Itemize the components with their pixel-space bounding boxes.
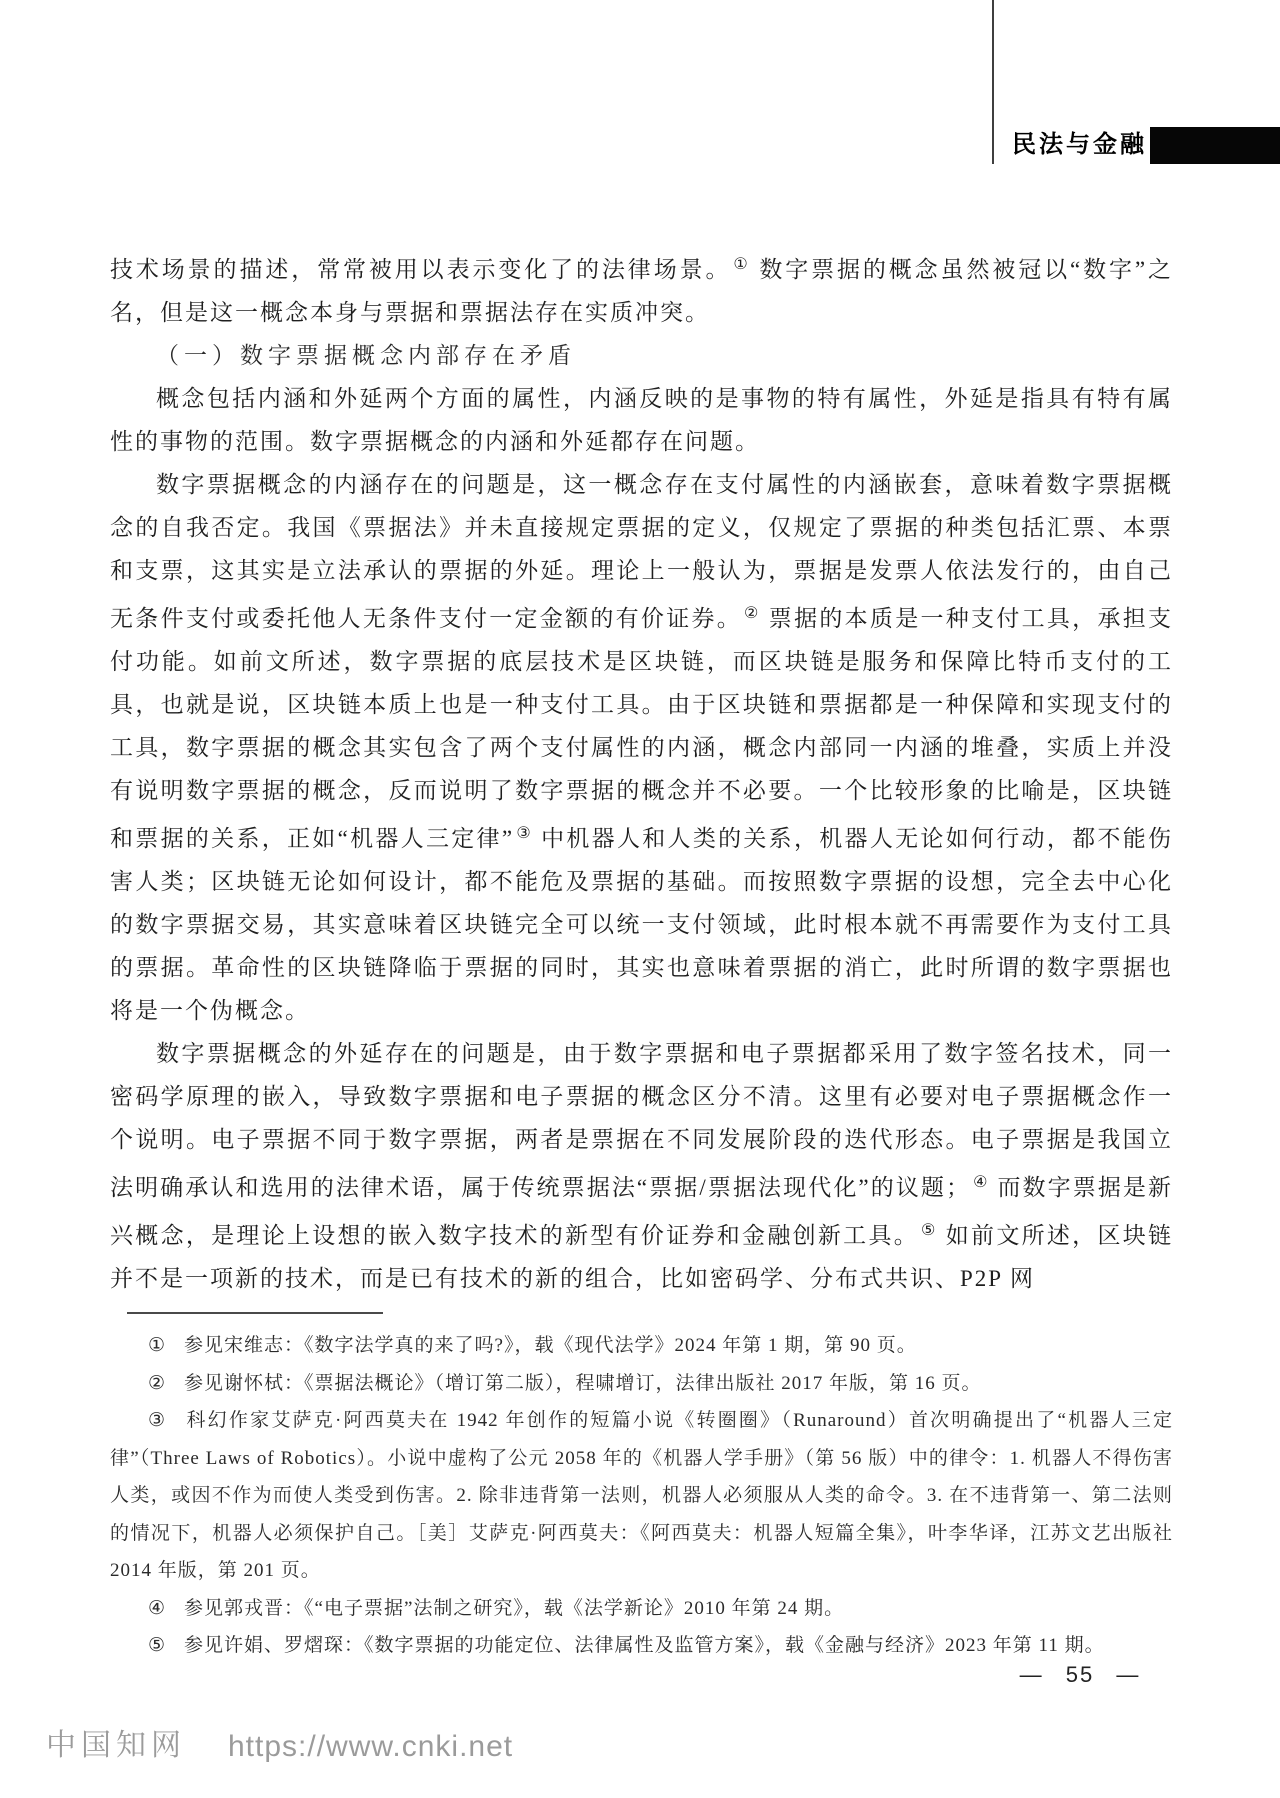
footnote: ⑤参见许娟、罗熠琛：《数字票据的功能定位、法律属性及监管方案》，载《金融与经济》… <box>110 1627 1173 1665</box>
footnote-marker: ⑤ <box>148 1635 166 1656</box>
footnote-marker: ② <box>148 1373 166 1394</box>
footnote-text: 参见宋维志：《数字法学真的来了吗?》，载《现代法学》2024 年第 1 期，第 … <box>184 1335 917 1356</box>
body-paragraph: 概念包括内涵和外延两个方面的属性，内涵反映的是事物的特有属性，外延是指具有特有属… <box>110 377 1173 463</box>
footnote: ②参见谢怀栻：《票据法概论》（增订第二版），程啸增订，法律出版社 2017 年版… <box>110 1365 1173 1403</box>
section-header-title: 民法与金融 <box>1012 124 1147 159</box>
cnki-site-url: https://www.cnki.net <box>228 1730 513 1764</box>
journal-page: 民法与金融 技术场景的描述，常常被用以表示变化了的法律场景。① 数字票据的概念虽… <box>0 0 1280 1798</box>
footnote: ①参见宋维志：《数字法学真的来了吗?》，载《现代法学》2024 年第 1 期，第… <box>110 1327 1173 1365</box>
page-number: — 55 — <box>980 1662 1180 1688</box>
subsection-heading: （一）数字票据概念内部存在矛盾 <box>110 334 1173 377</box>
footnote: ③科幻作家艾萨克·阿西莫夫在 1942 年创作的短篇小说《转圈圈》（Runaro… <box>110 1402 1173 1590</box>
footnote-text: 参见许娟、罗熠琛：《数字票据的功能定位、法律属性及监管方案》，载《金融与经济》2… <box>184 1635 1105 1656</box>
footnote-divider <box>127 1312 383 1314</box>
body-paragraph: 数字票据概念的外延存在的问题是，由于数字票据和电子票据都采用了数字签名技术，同一… <box>110 1032 1173 1300</box>
footnote-marker: ④ <box>148 1598 166 1619</box>
article-body: 技术场景的描述，常常被用以表示变化了的法律场景。① 数字票据的概念虽然被冠以“数… <box>110 243 1173 1300</box>
cnki-watermark: 中国知网 https://www.cnki.net <box>46 1720 513 1764</box>
footnote: ④参见郭戎晋：《“电子票据”法制之研究》，载《法学新论》2010 年第 24 期… <box>110 1590 1173 1628</box>
body-paragraph: 技术场景的描述，常常被用以表示变化了的法律场景。① 数字票据的概念虽然被冠以“数… <box>110 243 1173 334</box>
footnote-section: ①参见宋维志：《数字法学真的来了吗?》，载《现代法学》2024 年第 1 期，第… <box>110 1327 1173 1665</box>
footnote-text: 科幻作家艾萨克·阿西莫夫在 1942 年创作的短篇小说《转圈圈》（Runarou… <box>110 1410 1173 1581</box>
cnki-site-name: 中国知网 <box>46 1720 186 1764</box>
body-paragraph: 数字票据概念的内涵存在的问题是，这一概念存在支付属性的内涵嵌套，意味着数字票据概… <box>110 463 1173 1032</box>
section-header-bar <box>1150 127 1280 164</box>
footnote-text: 参见郭戎晋：《“电子票据”法制之研究》，载《法学新论》2010 年第 24 期。 <box>184 1598 844 1619</box>
footnote-text: 参见谢怀栻：《票据法概论》（增订第二版），程啸增订，法律出版社 2017 年版，… <box>184 1373 982 1394</box>
footnote-marker: ③ <box>148 1410 167 1431</box>
footnote-marker: ① <box>148 1335 166 1356</box>
header-divider <box>992 0 994 164</box>
